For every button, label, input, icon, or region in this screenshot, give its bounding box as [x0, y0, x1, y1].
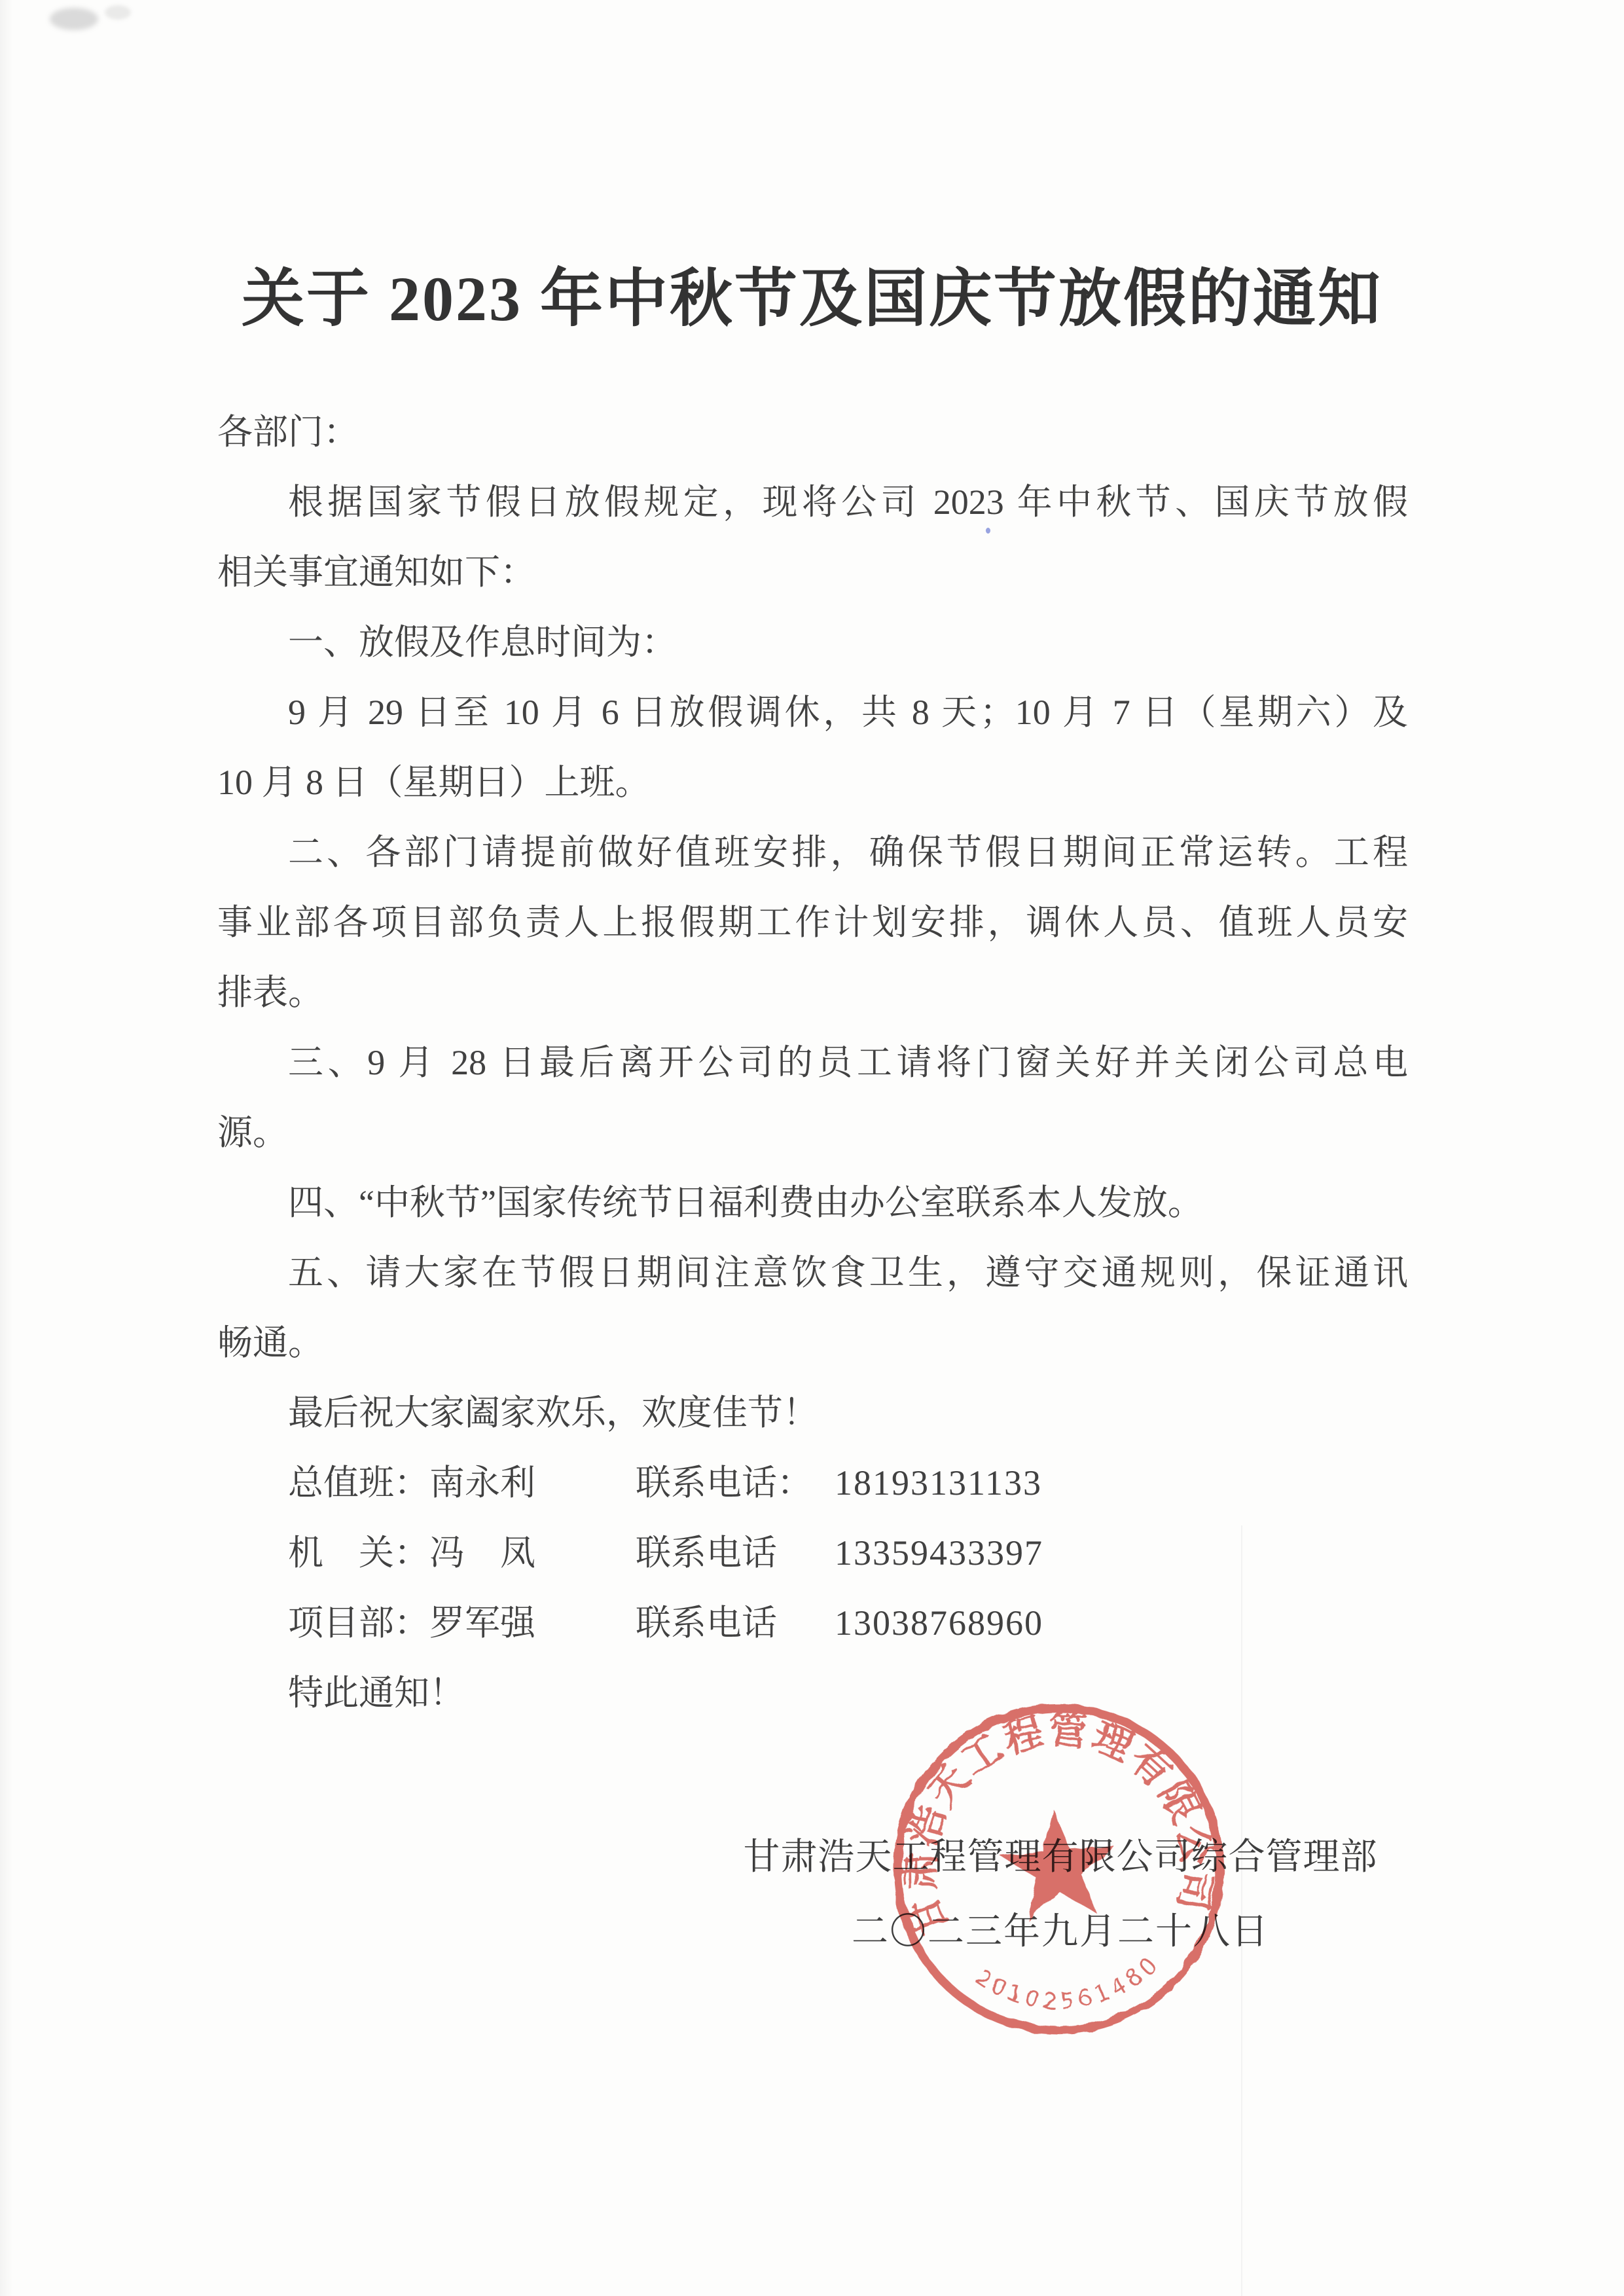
company-seal: 甘肃浩天工程管理有限公司 6201025614806 [0, 0, 1624, 2296]
notice-document-page: 关于 2023 年中秋节及国庆节放假的通知 各部门： 根据国家节假日放假规定，现… [0, 0, 1624, 2296]
seal-star-icon [996, 1804, 1120, 1923]
seal-serial-number: 6201025614806 [0, 0, 1169, 2107]
